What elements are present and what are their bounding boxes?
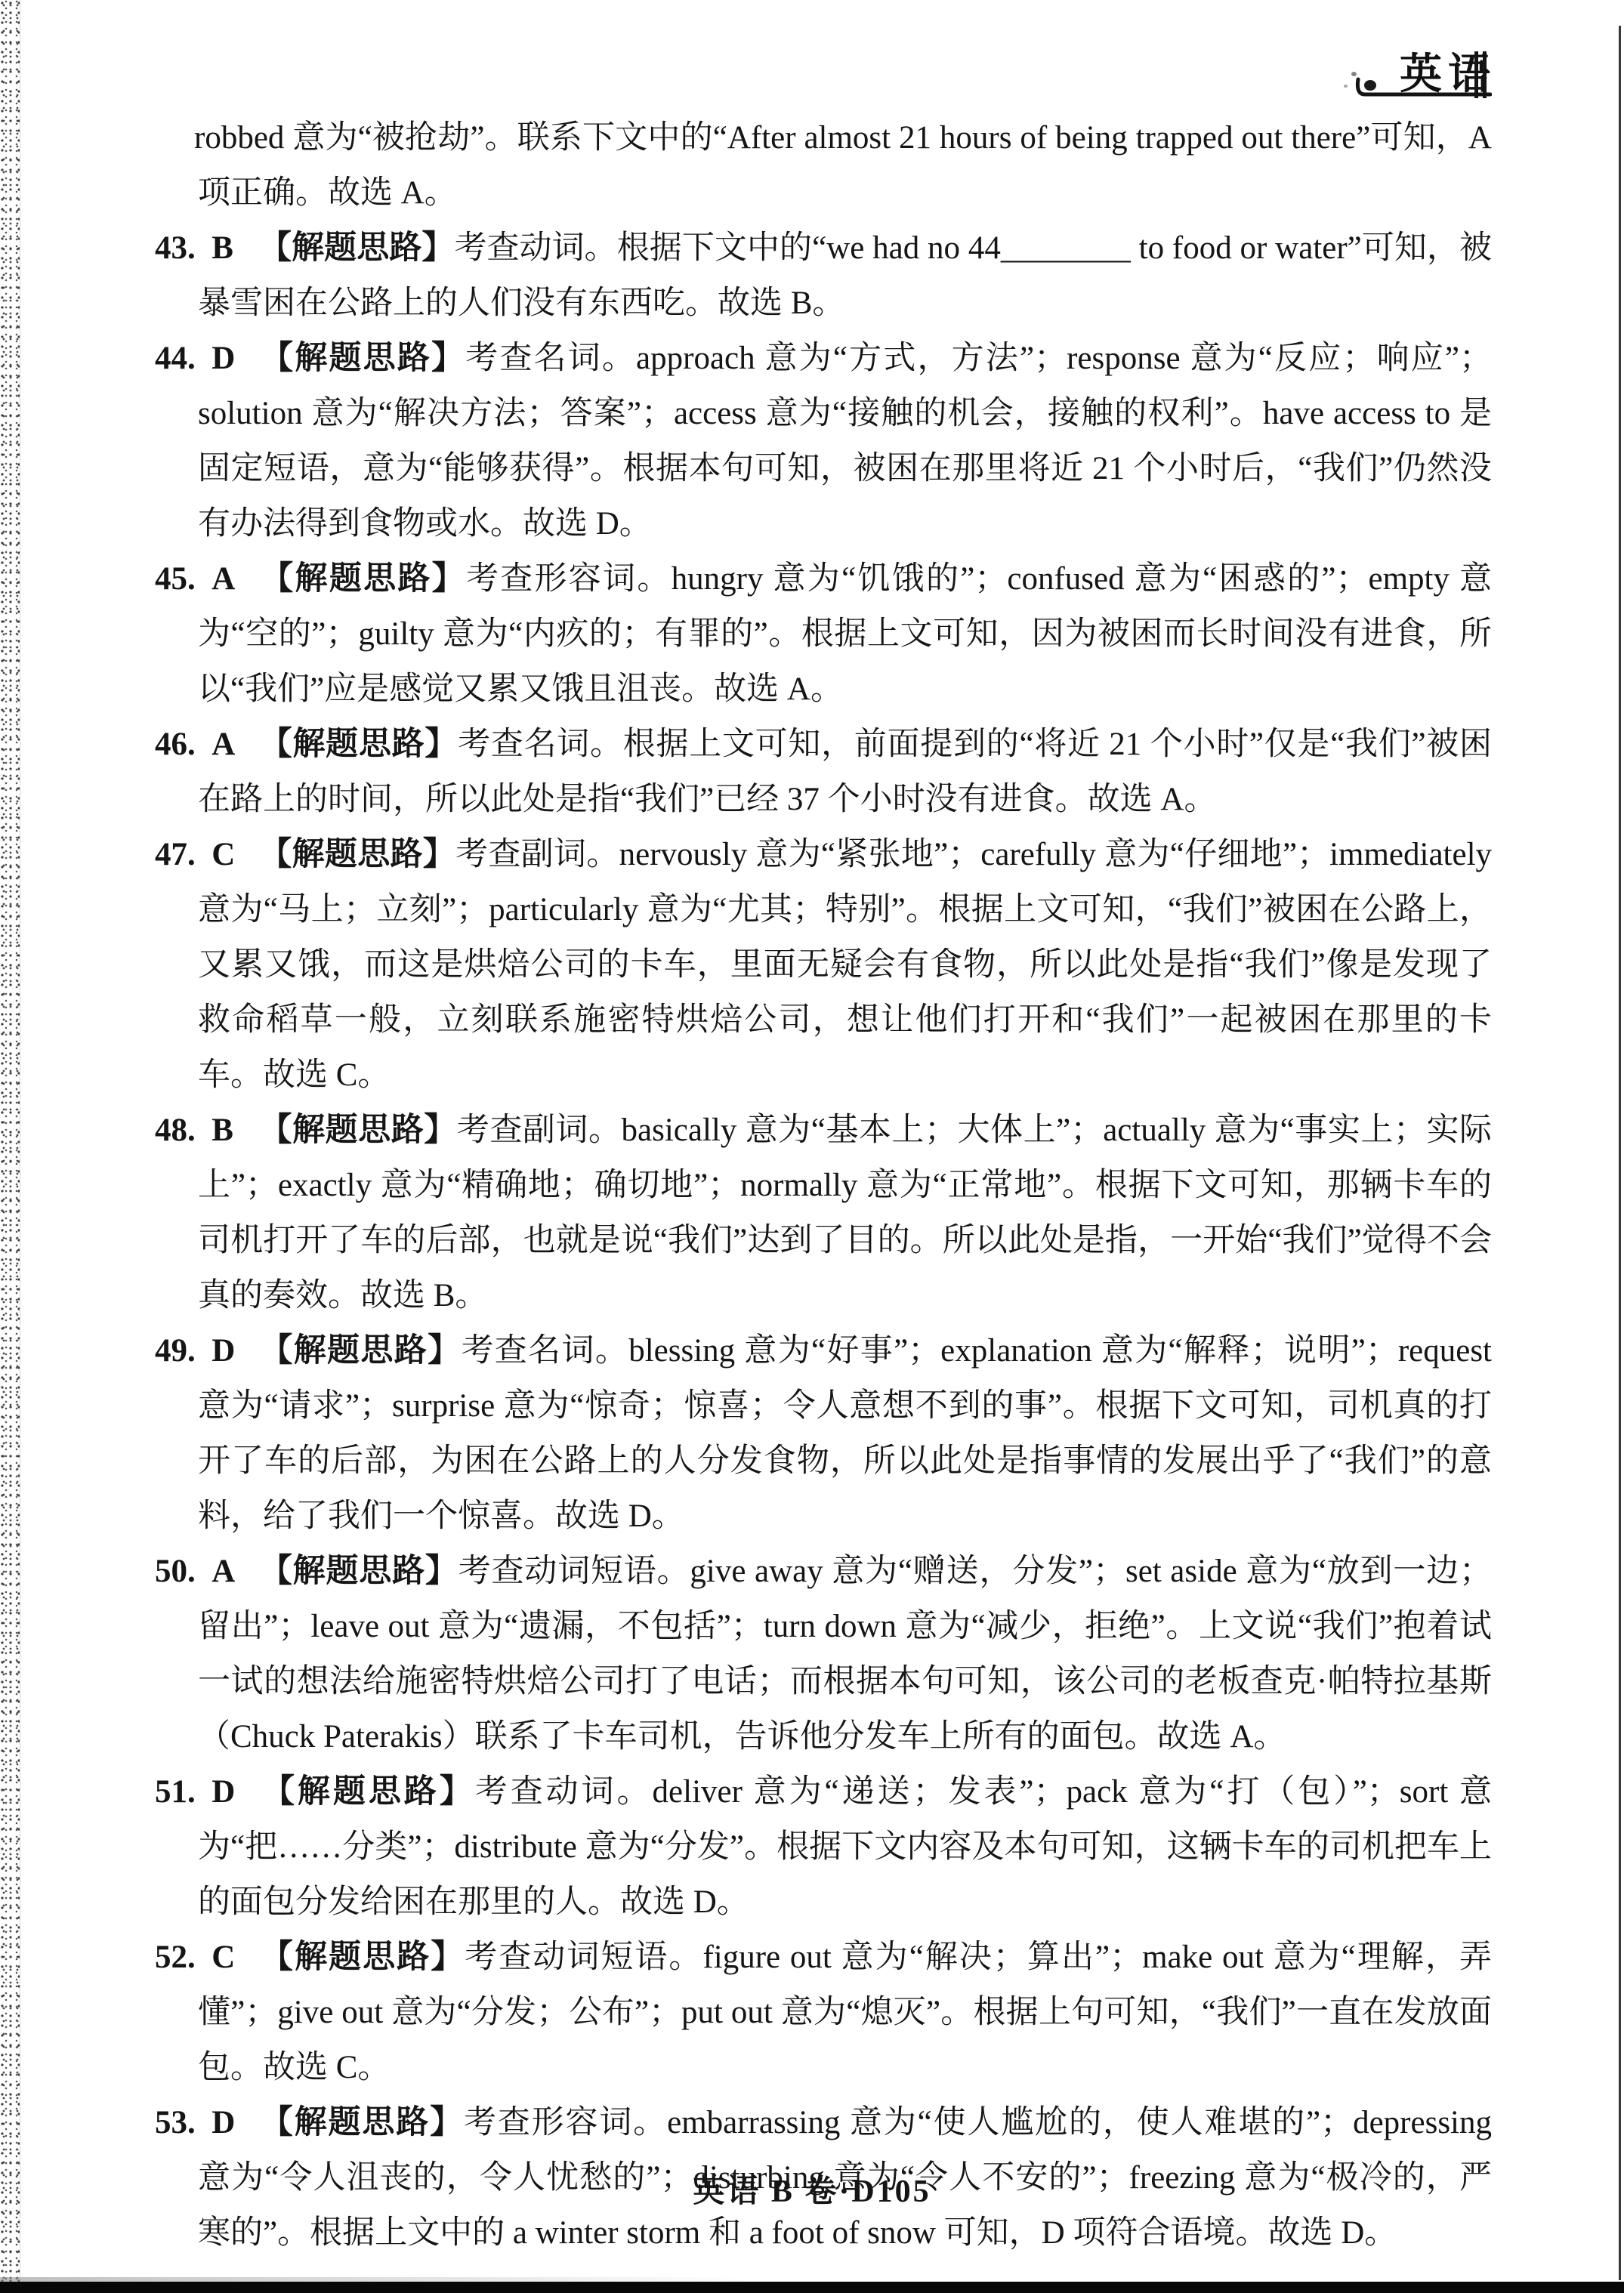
analysis-tag: 【解题思路】 (259, 727, 458, 762)
answer-number: 51. D (155, 1764, 259, 1819)
analysis-tag: 【解题思路】 (259, 1554, 458, 1589)
answer-number: 53. D (155, 2095, 259, 2150)
answer-item: 48. B【解题思路】考查副词。basically 意为“基本上；大体上”；ac… (198, 1103, 1492, 1323)
analysis-tag: 【解题思路】 (259, 1333, 461, 1369)
answer-explanation-text: 考查副词。nervously 意为“紧张地”；carefully 意为“仔细地”… (198, 837, 1492, 1093)
analysis-tag: 【解题思路】 (259, 1940, 465, 1975)
analysis-tag: 【解题思路】 (259, 1113, 457, 1148)
analysis-tag: 【解题思路】 (259, 837, 455, 872)
answer-item: 52. C【解题思路】考查动词短语。figure out 意为“解决；算出”；m… (198, 1930, 1492, 2095)
header-rule-swoosh (1353, 74, 1492, 98)
answer-item: 51. D【解题思路】考查动词。deliver 意为“递送；发表”；pack 意… (198, 1764, 1492, 1930)
answer-number: 45. A (155, 551, 259, 606)
analysis-tag: 【解题思路】 (259, 2105, 464, 2140)
header-double-bar (1483, 51, 1487, 98)
answer-item: 46. A【解题思路】考查名词。根据上文可知，前面提到的“将近 21 个小时”仅… (198, 717, 1492, 827)
scan-bottom-edge (0, 2282, 1624, 2293)
answer-number: 48. B (155, 1103, 259, 1158)
analysis-tag: 【解题思路】 (259, 561, 466, 597)
answer-item: 45. A【解题思路】考查形容词。hungry 意为“饥饿的”；confused… (198, 551, 1492, 717)
answer-item-list: 43. B【解题思路】考查动词。根据下文中的“we had no 44_____… (198, 221, 1492, 2261)
answer-number: 49. D (155, 1323, 259, 1378)
analysis-tag: 【解题思路】 (259, 230, 454, 266)
continuation-paragraph: robbed 意为“被抢劫”。联系下文中的“After almost 21 ho… (198, 110, 1492, 221)
analysis-tag: 【解题思路】 (259, 1774, 475, 1810)
header-double-bar (1474, 51, 1478, 98)
answer-number: 50. A (155, 1544, 259, 1599)
answer-number: 52. C (155, 1930, 259, 1985)
answer-explanations: robbed 意为“被抢劫”。联系下文中的“After almost 21 ho… (198, 110, 1492, 2261)
scan-right-edge-line (1619, 26, 1621, 2280)
footer-page-label: 英语 B 卷·D105 (693, 2174, 931, 2209)
answer-number: 46. A (155, 717, 259, 772)
answer-item: 49. D【解题思路】考查名词。blessing 意为“好事”；explanat… (198, 1323, 1492, 1544)
answer-item: 50. A【解题思路】考查动词短语。give away 意为“赠送，分发”；se… (198, 1544, 1492, 1764)
answer-number: 47. C (155, 827, 259, 882)
answer-item: 47. C【解题思路】考查副词。nervously 意为“紧张地”；carefu… (198, 827, 1492, 1103)
answer-number: 44. D (155, 331, 259, 386)
analysis-tag: 【解题思路】 (259, 341, 465, 376)
ink-speck-icon (1344, 85, 1348, 88)
page-footer: 英语 B 卷·D105 (0, 2166, 1624, 2211)
answer-item: 44. D【解题思路】考查名词。approach 意为“方式，方法”；respo… (198, 331, 1492, 551)
answer-item: 43. B【解题思路】考查动词。根据下文中的“we had no 44_____… (198, 221, 1492, 331)
scan-edge-halftone-texture (0, 0, 20, 2282)
answer-number: 43. B (155, 221, 259, 276)
